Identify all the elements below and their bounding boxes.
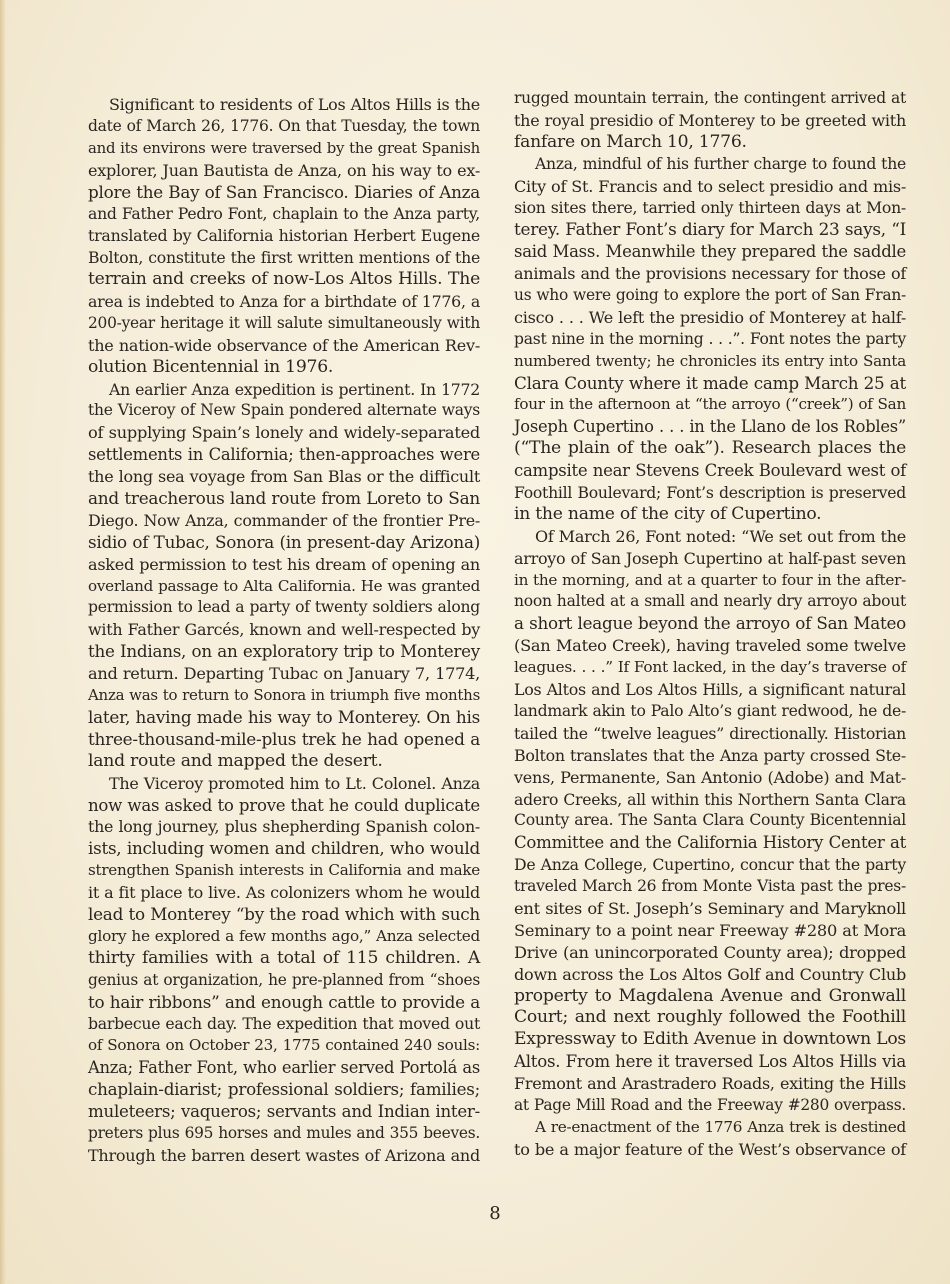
left-column-text-line: Anza; Father Font, who earlier served Po… [88, 1057, 480, 1079]
left-column-text-line: the long sea voyage from San Blas or the… [88, 466, 480, 488]
left-column-text-line: the nation-wide observance of the Americ… [88, 335, 480, 357]
left-column-text-line: settlements in California; then-approach… [88, 444, 480, 466]
right-column-text-line: ent sites of St. Joseph’s Seminary and M… [514, 898, 906, 920]
right-column-text-line: down across the Los Altos Golf and Count… [514, 964, 906, 986]
left-column-text-line: later, having made his way to Monterey. … [88, 707, 480, 729]
left-column-text-line: genius at organization, he pre-planned f… [88, 970, 480, 992]
right-column-text-line: landmark akin to Palo Alto’s giant redwo… [514, 701, 906, 723]
right-column-text-line: to be a major feature of the West’s obse… [514, 1139, 906, 1161]
right-column-text-line: Clara County where it made camp March 25… [514, 373, 906, 395]
right-column-text-line: City of St. Francis and to select presid… [514, 176, 906, 198]
right-column-text-line: us who were going to explore the port of… [514, 285, 906, 307]
left-column-text-line: permission to lead a party of twenty sol… [88, 597, 480, 619]
right-column-text-line: Seminary to a point near Freeway #280 at… [514, 920, 906, 942]
left-column-text-line: terrain and creeks of now-Los Altos Hill… [88, 269, 480, 291]
document-page: Significant to residents of Los Altos Hi… [0, 0, 950, 1284]
left-column-text-line: The Viceroy promoted him to Lt. Colonel.… [88, 773, 480, 795]
left-column-text-line: muleteers; vaqueros; servants and Indian… [88, 1101, 480, 1123]
left-column-text-line: translated by California historian Herbe… [88, 225, 480, 247]
left-column: Significant to residents of Los Altos Hi… [88, 94, 480, 1167]
left-column-text-line: the Viceroy of New Spain pondered altern… [88, 400, 480, 422]
right-column-text-line: past nine in the morning . . .”. Font no… [514, 329, 906, 351]
left-column-text-line: now was asked to prove that he could dup… [88, 795, 480, 817]
right-column-text-line: said Mass. Meanwhile they prepared the s… [514, 241, 906, 263]
left-column-text-line: thirty families with a total of 115 chil… [88, 948, 480, 970]
left-column-text-line: and its environs were traversed by the g… [88, 138, 480, 160]
left-column-text-line: strengthen Spanish interests in Californ… [88, 860, 480, 882]
right-column-text-line: property to Magdalena Avenue and Gronwal… [514, 986, 906, 1008]
left-column-text-line: asked permission to test his dream of op… [88, 554, 480, 576]
left-column-text-line: the Indians, on an exploratory trip to M… [88, 641, 480, 663]
left-column-text-line: of supplying Spain’s lonely and widely-s… [88, 422, 480, 444]
right-column-text-line: Bolton translates that the Anza party cr… [514, 745, 906, 767]
right-column-text-line: four in the afternoon at “the arroyo (“c… [514, 394, 906, 416]
left-column-text-line: olution Bicentennial in 1976. [88, 357, 480, 379]
right-column-text-line: in the name of the city of Cupertino. [514, 504, 906, 526]
right-column-text-line: Anza, mindful of his further charge to f… [514, 154, 906, 176]
left-column-text-line: area is indebted to Anza for a birthdate… [88, 291, 480, 313]
left-column-text-line: the long journey, plus shepherding Spani… [88, 816, 480, 838]
right-column-text-line: noon halted at a small and nearly dry ar… [514, 591, 906, 613]
right-column-text-line: Joseph Cupertino . . . in the Llano de l… [514, 416, 906, 438]
left-column-text-line: it a fit place to live. As colonizers wh… [88, 882, 480, 904]
left-column-text-line: explorer, Juan Bautista de Anza, on his … [88, 160, 480, 182]
right-column-text-line: traveled March 26 from Monte Vista past … [514, 876, 906, 898]
right-column-text-line: fanfare on March 10, 1776. [514, 132, 906, 154]
right-column-text-line: rugged mountain terrain, the contingent … [514, 88, 906, 110]
left-column-text-line: land route and mapped the desert. [88, 751, 480, 773]
right-column-text-line: at Page Mill Road and the Freeway #280 o… [514, 1095, 906, 1117]
right-column-text-line: leagues. . . .” If Font lacked, in the d… [514, 657, 906, 679]
right-column-text-line: vens, Permanente, San Antonio (Adobe) an… [514, 767, 906, 789]
left-column-text-line: Bolton, constitute the first written men… [88, 247, 480, 269]
right-column-text-line: Altos. From here it traversed Los Altos … [514, 1051, 906, 1073]
left-column-text-line: overland passage to Alta California. He … [88, 576, 480, 598]
left-column-text-line: three-thousand-mile-plus trek he had ope… [88, 729, 480, 751]
left-column-text-line: ists, including women and children, who … [88, 838, 480, 860]
right-column-text-line: Foothill Boulevard; Font’s description i… [514, 482, 906, 504]
right-column-text-line: campsite near Stevens Creek Boulevard we… [514, 460, 906, 482]
left-column-text-line: and Father Pedro Font, chaplain to the A… [88, 203, 480, 225]
right-column-text-line: (San Mateo Creek), having traveled some … [514, 635, 906, 657]
left-column-text-line: Anza was to return to Sonora in triumph … [88, 685, 480, 707]
right-column-text-line: Fremont and Arastradero Roads, exiting t… [514, 1073, 906, 1095]
right-column-text-line: tailed the “twelve leagues” directionall… [514, 723, 906, 745]
left-column-text-line: chaplain-diarist; professional soldiers;… [88, 1079, 480, 1101]
left-column-text-line: of Sonora on October 23, 1775 contained … [88, 1035, 480, 1057]
right-column-text-line: Court; and next roughly followed the Foo… [514, 1007, 906, 1029]
right-column-text-line: terey. Father Font’s diary for March 23 … [514, 219, 906, 241]
left-column-text-line: Diego. Now Anza, commander of the fronti… [88, 510, 480, 532]
right-column-text-line: in the morning, and at a quarter to four… [514, 570, 906, 592]
right-column-text-line: sion sites there, tarried only thirteen … [514, 197, 906, 219]
page-number: 8 [0, 1203, 950, 1224]
right-column-text-line: A re-enactment of the 1776 Anza trek is … [514, 1117, 906, 1139]
left-column-text-line: barbecue each day. The expedition that m… [88, 1013, 480, 1035]
right-column-text-line: a short league beyond the arroyo of San … [514, 613, 906, 635]
left-column-text-line: date of March 26, 1776. On that Tuesday,… [88, 116, 480, 138]
right-column-text-line: (“The plain of the oak”). Research place… [514, 438, 906, 460]
right-column-text-line: De Anza College, Cupertino, concur that … [514, 854, 906, 876]
right-column-text-line: animals and the provisions necessary for… [514, 263, 906, 285]
right-column-text-line: the royal presidio of Monterey to be gre… [514, 110, 906, 132]
left-column-text-line: lead to Monterey “by the road which with… [88, 904, 480, 926]
page-edge-shadow [0, 0, 6, 1284]
left-column-text-line: 200-year heritage it will salute simulta… [88, 313, 480, 335]
right-column-text-line: County area. The Santa Clara County Bice… [514, 810, 906, 832]
left-column-text-line: An earlier Anza expedition is pertinent.… [88, 379, 480, 401]
right-column-text-line: numbered twenty; he chronicles its entry… [514, 351, 906, 373]
right-column-text-line: adero Creeks, all within this Northern S… [514, 789, 906, 811]
right-column-text-line: Drive (an unincorporated County area); d… [514, 942, 906, 964]
left-column-text-line: sidio of Tubac, Sonora (in present-day A… [88, 532, 480, 554]
left-column-text-line: with Father Garcés, known and well-respe… [88, 619, 480, 641]
right-column: rugged mountain terrain, the contingent … [514, 88, 906, 1161]
left-column-text-line: Through the barren desert wastes of Ariz… [88, 1145, 480, 1167]
right-column-text-line: cisco . . . We left the presidio of Mont… [514, 307, 906, 329]
left-column-text-line: Significant to residents of Los Altos Hi… [88, 94, 480, 116]
right-column-text-line: Committee and the California History Cen… [514, 832, 906, 854]
left-column-text-line: glory he explored a few months ago,” Anz… [88, 926, 480, 948]
left-column-text-line: and return. Departing Tubac on January 7… [88, 663, 480, 685]
right-column-text-line: arroyo of San Joseph Cupertino at half-p… [514, 548, 906, 570]
right-column-text-line: Los Altos and Los Altos Hills, a signifi… [514, 679, 906, 701]
left-column-text-line: to hair ribbons” and enough cattle to pr… [88, 992, 480, 1014]
left-column-text-line: and treacherous land route from Loreto t… [88, 488, 480, 510]
left-column-text-line: preters plus 695 horses and mules and 35… [88, 1123, 480, 1145]
right-column-text-line: Expressway to Edith Avenue in downtown L… [514, 1029, 906, 1051]
left-column-text-line: plore the Bay of San Francisco. Diaries … [88, 182, 480, 204]
right-column-text-line: Of March 26, Font noted: “We set out fro… [514, 526, 906, 548]
